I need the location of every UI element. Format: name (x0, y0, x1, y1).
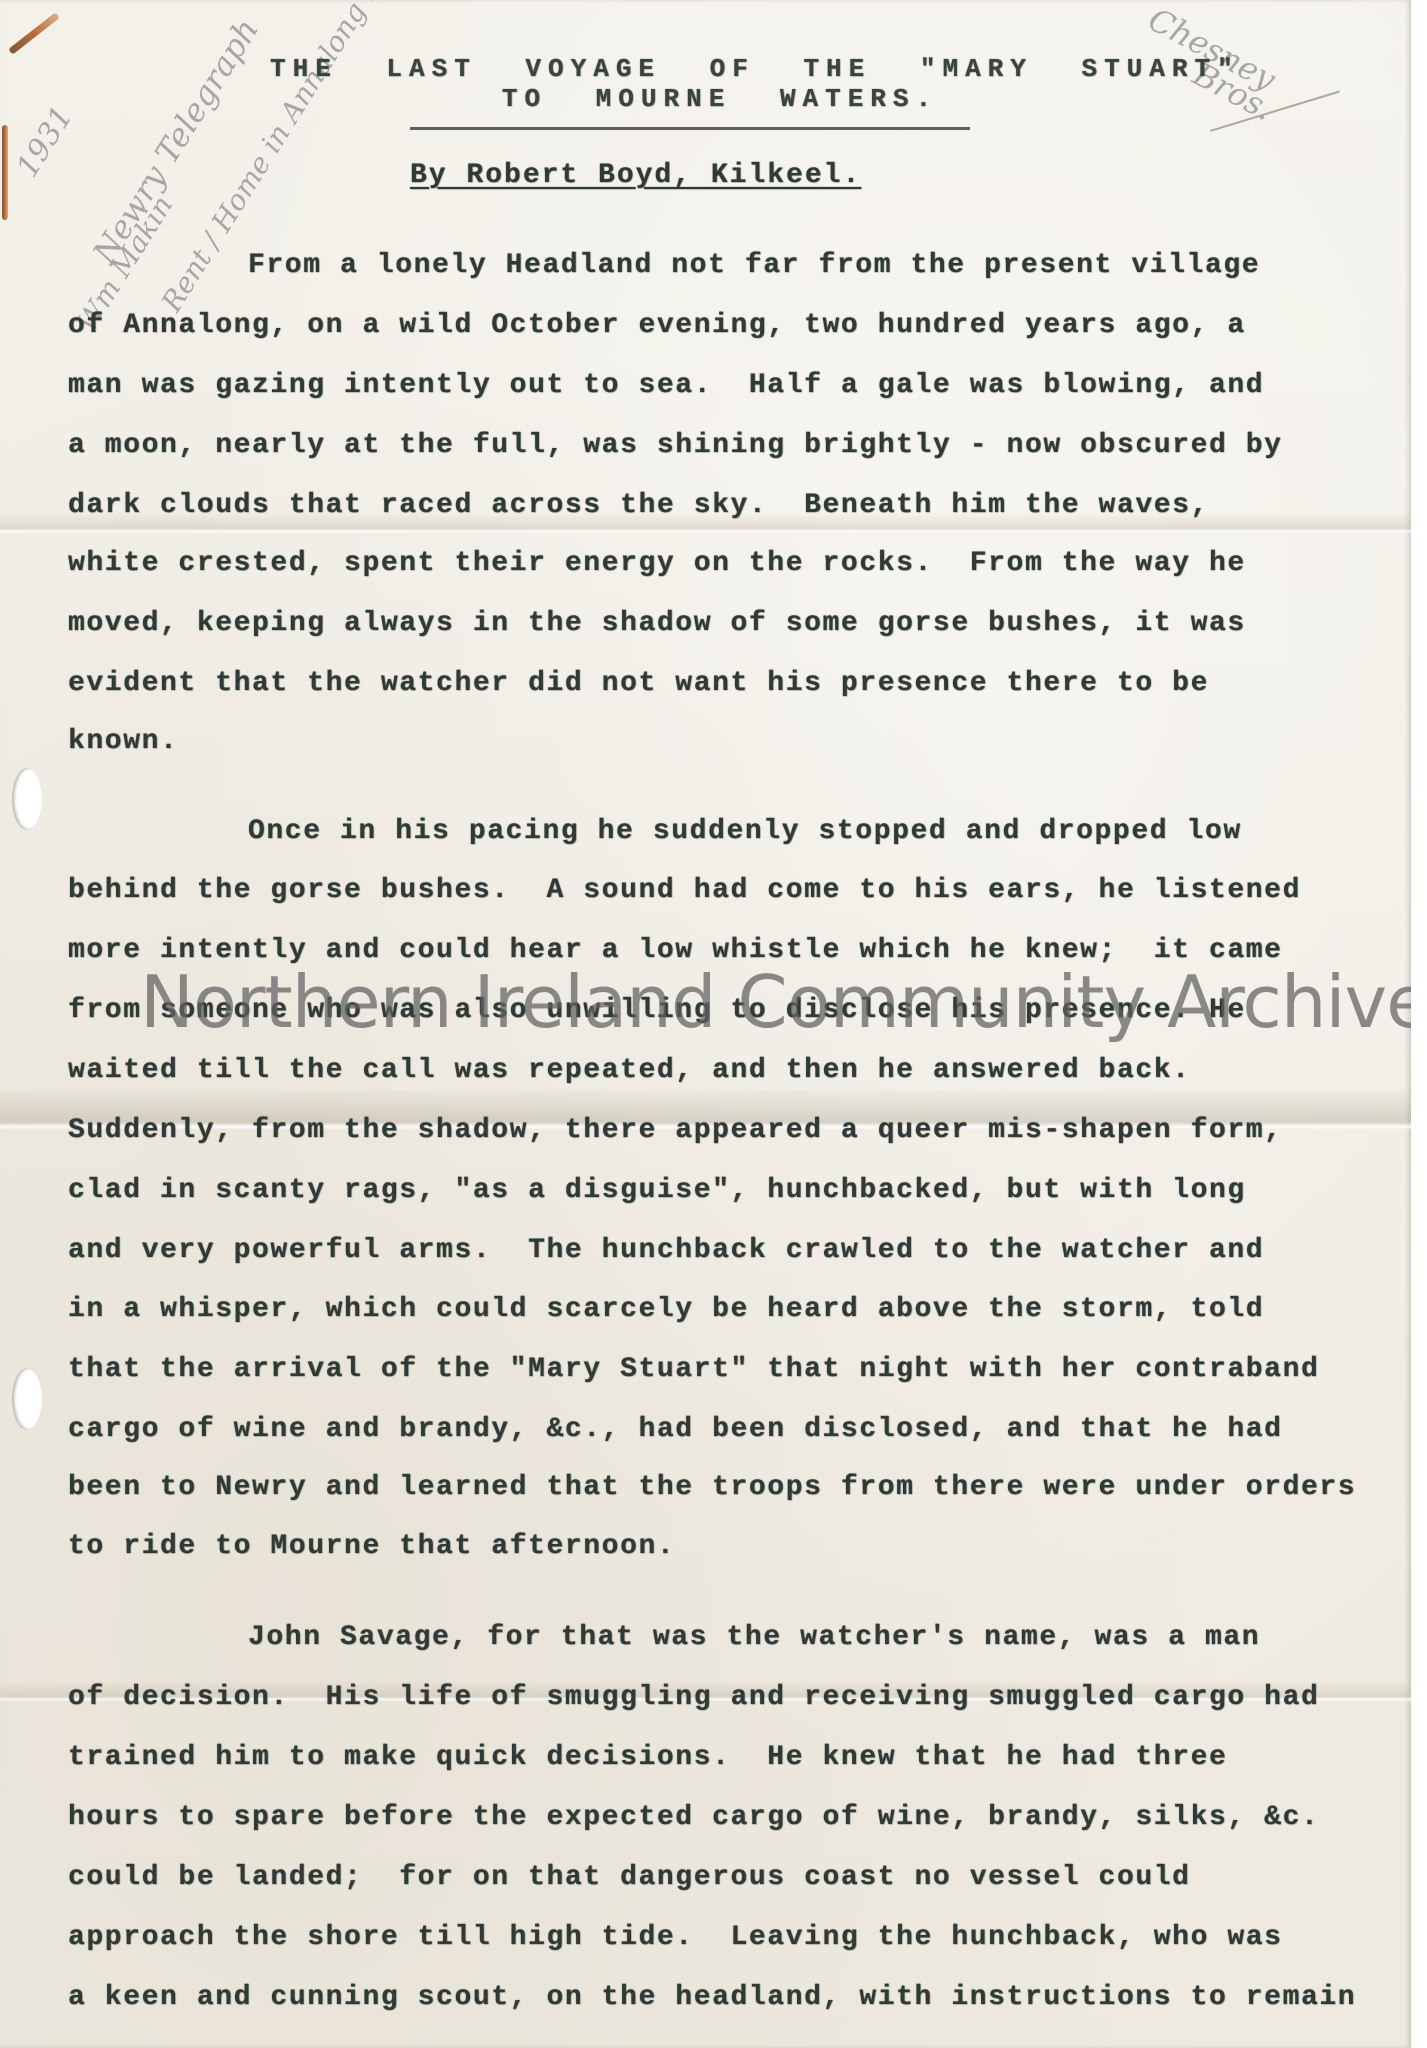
document-title: THE LAST VOYAGE OF THE "MARY STUART" (270, 54, 1170, 84)
text-line: From a lonely Headland not far from the … (248, 250, 1260, 281)
text-line: evident that the watcher did not want hi… (68, 668, 1209, 699)
text-line: clad in scanty rags, "as a disguise", hu… (68, 1175, 1246, 1206)
punch-hole-icon (12, 1368, 42, 1430)
pencil-note-source: Newry Telegraph (85, 12, 266, 270)
text-line: a moon, nearly at the full, was shining … (68, 430, 1283, 461)
title-underline (410, 127, 970, 130)
text-line: trained him to make quick decisions. He … (68, 1742, 1227, 1773)
text-line: and very powerful arms. The hunchback cr… (68, 1235, 1264, 1266)
text-line: approach the shore till high tide. Leavi… (68, 1922, 1283, 1953)
text-line: moved, keeping always in the shadow of s… (68, 608, 1246, 639)
pencil-note-year: 1931 (10, 100, 80, 183)
document-subtitle: TO MOURNE WATERS. (270, 84, 1170, 114)
rust-stain (8, 12, 60, 54)
text-line: of Annalong, on a wild October evening, … (68, 310, 1246, 341)
text-line: Suddenly, from the shadow, there appeare… (68, 1115, 1283, 1146)
text-line: in a whisper, which could scarcely be he… (68, 1294, 1264, 1325)
text-line: to ride to Mourne that afternoon. (68, 1531, 675, 1562)
text-line: dark clouds that raced across the sky. B… (68, 490, 1209, 521)
text-line: behind the gorse bushes. A sound had com… (68, 875, 1301, 906)
text-line: cargo of wine and brandy, &c., had been … (68, 1414, 1283, 1445)
document-page: 1931 Newry Telegraph Wm Makin Rent / Hom… (0, 0, 1411, 2048)
text-line: hours to spare before the expected cargo… (68, 1802, 1319, 1833)
rust-stain (2, 125, 8, 220)
text-line: could be landed; for on that dangerous c… (68, 1862, 1191, 1893)
punch-hole-icon (12, 768, 42, 830)
text-line: of decision. His life of smuggling and r… (68, 1682, 1319, 1713)
text-line: been to Newry and learned that the troop… (68, 1472, 1356, 1503)
byline: By Robert Boyd, Kilkeel. (410, 160, 861, 191)
archive-watermark: Northern Ireland Community Archive (140, 960, 1411, 1044)
text-line: known. (68, 726, 178, 757)
text-line: white crested, spent their energy on the… (68, 548, 1246, 579)
text-line: waited till the call was repeated, and t… (68, 1055, 1191, 1086)
text-line: man was gazing intently out to sea. Half… (68, 370, 1264, 401)
text-line: John Savage, for that was the watcher's … (248, 1622, 1260, 1653)
text-line: that the arrival of the "Mary Stuart" th… (68, 1354, 1319, 1385)
text-line: Once in his pacing he suddenly stopped a… (248, 816, 1242, 847)
text-line: a keen and cunning scout, on the headlan… (68, 1982, 1356, 2013)
